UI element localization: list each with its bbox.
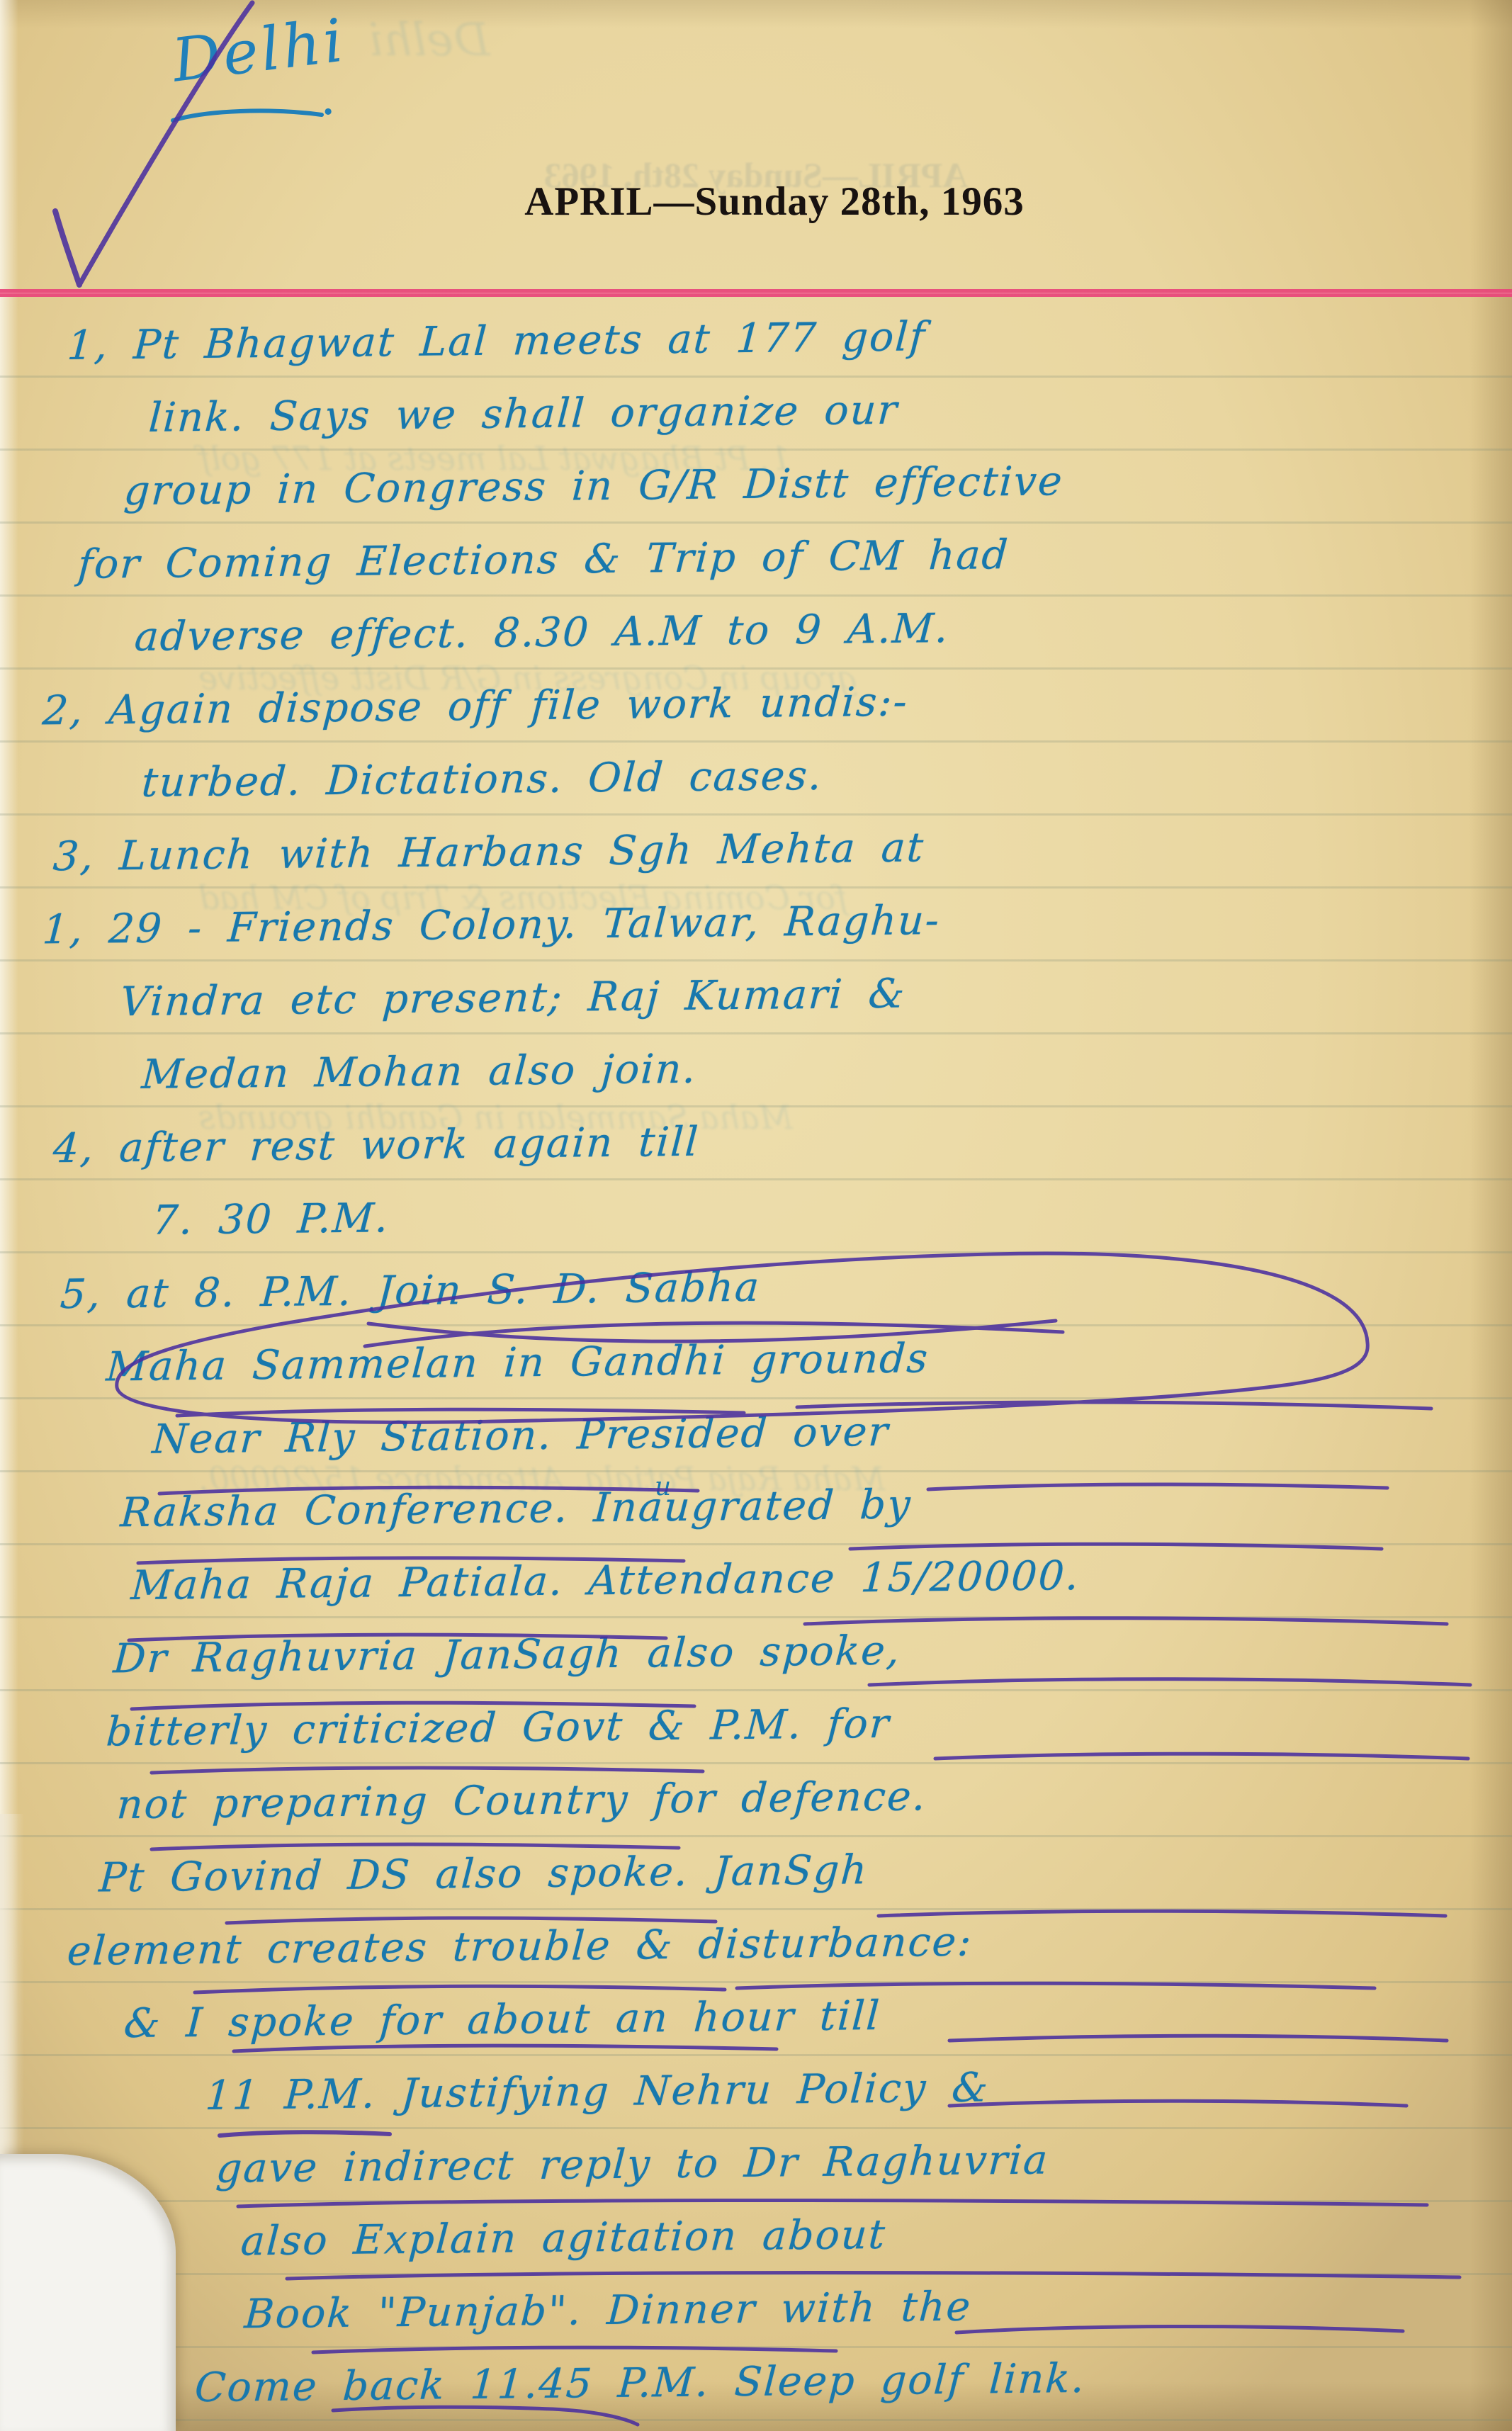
scan-left-edge — [0, 1814, 24, 2168]
printed-date-header: APRIL—Sunday 28th, 1963 — [0, 179, 1512, 225]
diary-page: APRIL—Sunday 28th, 1963 Delhi 1, Pt Bhag… — [0, 0, 1512, 2431]
ghost-delhi: Delhi — [368, 14, 490, 67]
torn-corner-patch — [0, 2154, 176, 2431]
diary-body: 1, Pt Bhagwat Lal meets at 177 golflink.… — [0, 310, 1512, 2427]
diary-line: Come back 11.45 P.M. Sleep golf link. — [0, 2338, 1512, 2427]
location-underline — [170, 105, 326, 126]
caret-insert-letter: u — [655, 1472, 671, 1501]
pink-dateline-rule — [0, 289, 1512, 297]
